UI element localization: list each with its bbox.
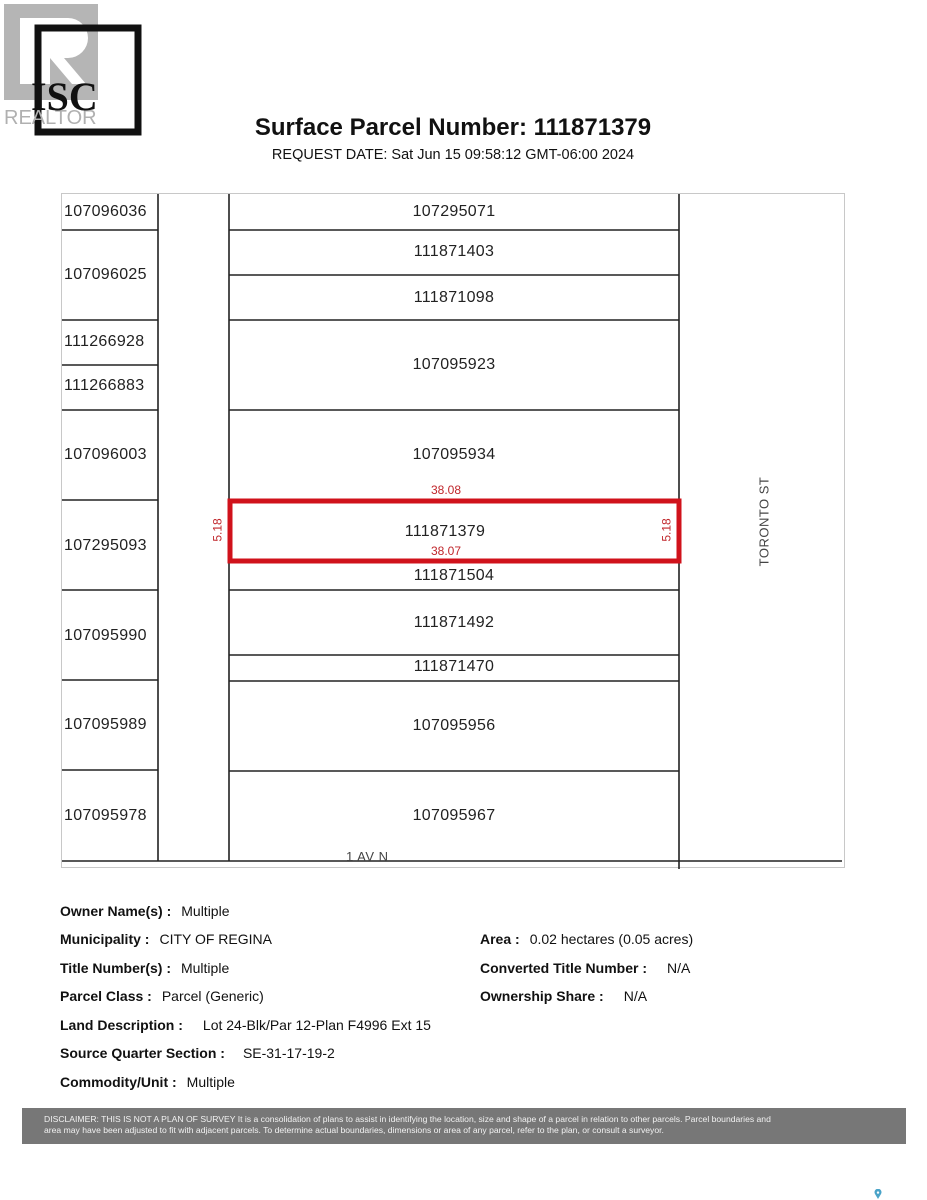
disclaimer-line-1: DISCLAIMER: THIS IS NOT A PLAN OF SURVEY…: [44, 1114, 906, 1125]
map-pin-icon: [874, 1186, 882, 1196]
street-label-toronto-st: TORONTO ST: [756, 477, 771, 567]
parcel-label: 107096036: [64, 203, 147, 221]
parcel-label: 107095989: [64, 716, 147, 734]
parcel-label: 107295071: [413, 203, 496, 221]
disclaimer-line-2: area may have been adjusted to fit with …: [44, 1125, 906, 1136]
area-row: Area :0.02 hectares (0.05 acres): [480, 931, 693, 947]
parcel-label: 111871403: [414, 243, 494, 261]
page-title: Surface Parcel Number: 111871379: [0, 114, 906, 142]
parcel-label: 107095956: [413, 717, 496, 735]
dimension-top: 38.08: [431, 483, 461, 497]
source-quarter-row: Source Quarter Section :SE-31-17-19-2: [60, 1045, 335, 1061]
parcel-label: 107096003: [64, 446, 147, 464]
subject-parcel-label: 111871379: [405, 523, 485, 541]
parcel-label: 107295093: [64, 537, 147, 555]
disclaimer-banner: DISCLAIMER: THIS IS NOT A PLAN OF SURVEY…: [22, 1108, 906, 1144]
street-label-1-av-n: 1 AV N: [346, 849, 389, 864]
ownership-share-row: Ownership Share :N/A: [480, 988, 647, 1004]
parcel-map: 107096036 107096025 111266928 111266883 …: [61, 193, 845, 868]
owner-name-row: Owner Name(s) :Multiple: [60, 903, 230, 919]
parcel-label: 111871098: [414, 289, 494, 307]
parcel-label: 107095923: [413, 356, 496, 374]
parcel-label: 111266883: [64, 377, 144, 395]
commodity-row: Commodity/Unit :Multiple: [60, 1074, 235, 1090]
parcel-label: 107095934: [413, 446, 496, 464]
svg-text:ISC: ISC: [31, 74, 98, 119]
parcel-label: 111871492: [414, 614, 494, 632]
parcel-label: 111266928: [64, 333, 144, 351]
dimension-left: 5.18: [211, 518, 225, 541]
dimension-right: 5.18: [660, 518, 674, 541]
dimension-bottom: 38.07: [431, 544, 461, 558]
parcel-label: 107096025: [64, 266, 147, 284]
title-numbers-row: Title Number(s) :Multiple: [60, 960, 229, 976]
request-date: REQUEST DATE: Sat Jun 15 09:58:12 GMT-06…: [0, 147, 906, 163]
converted-title-row: Converted Title Number :N/A: [480, 960, 690, 976]
parcel-label: 107095978: [64, 807, 147, 825]
parcel-label: 107095967: [413, 807, 496, 825]
parcel-label: 107095990: [64, 627, 147, 645]
land-description-row: Land Description :Lot 24-Blk/Par 12-Plan…: [60, 1017, 431, 1033]
parcel-label: 111871470: [414, 658, 494, 676]
municipality-row: Municipality :CITY OF REGINA: [60, 931, 272, 947]
parcel-class-row: Parcel Class :Parcel (Generic): [60, 988, 264, 1004]
parcel-label: 111871504: [414, 567, 494, 585]
